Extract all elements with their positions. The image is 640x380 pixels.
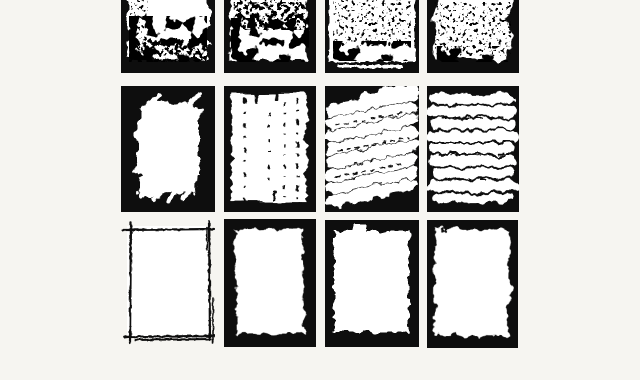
grunge-frame-r1c3 [325,0,419,73]
grunge-frame-r3c3-art [325,220,419,347]
grunge-frame-r2c4 [427,86,519,212]
grunge-frame-r3c2-art [224,219,316,347]
grunge-frame-r1c4 [427,0,519,73]
grunge-frame-r1c2 [224,0,316,73]
grunge-frame-r1c4-art [427,0,519,73]
grunge-frame-r3c3 [325,220,419,347]
grunge-frame-r3c1 [121,220,215,347]
grunge-frame-r2c3-art [325,86,419,212]
grunge-frame-r1c1 [121,0,215,73]
grunge-frame-r3c2 [224,219,316,347]
grunge-frame-r2c4-art [427,86,519,212]
grunge-frame-r3c1-art [121,220,215,347]
grunge-frame-r1c2-art [224,0,316,73]
grunge-frame-r1c1-art [121,0,215,73]
grunge-frame-r3c4-art [427,220,518,348]
artwork-canvas [0,0,640,380]
grunge-frame-r1c3-art [325,0,419,73]
grunge-frame-r2c1-art [121,86,215,212]
grunge-frame-r3c4 [427,220,518,348]
grunge-frame-r2c1 [121,86,215,212]
grunge-frame-r2c2 [224,86,316,212]
grunge-frame-r2c3 [325,86,419,212]
grunge-frame-r2c2-art [224,86,316,212]
